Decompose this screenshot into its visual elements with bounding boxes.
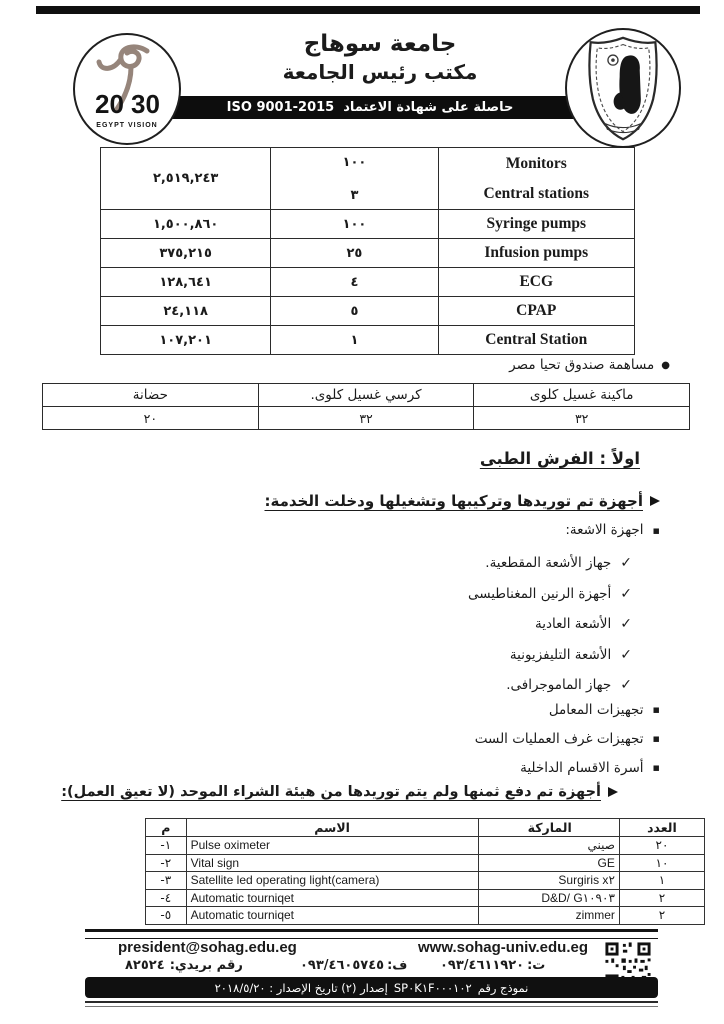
- cell-brand: D&D/ G١٠٩٠٣: [478, 889, 619, 907]
- vision-caption: EGYPT VISION: [96, 122, 157, 129]
- equipment-cost: ٢٤,١١٨: [101, 297, 271, 326]
- list-item: ▪ تجهيزات المعامل: [475, 695, 660, 724]
- cell-index: ٤-: [146, 889, 187, 907]
- paid-devices-heading: أجهزة تم دفع ثمنها ولم يتم توريدها من هي…: [61, 784, 618, 800]
- column-header: كرسي غسيل كلوى.: [258, 384, 474, 407]
- checkmark-icon: ✓: [620, 586, 632, 602]
- postal-value: ٨٢٥٢٤: [125, 958, 165, 973]
- cell-index: ٣-: [146, 872, 187, 890]
- equipment-cost: ١٠٧,٢٠١: [101, 326, 271, 355]
- fax-number: ف: ٠٩٣/٤٦٠٥٧٤٥: [300, 958, 407, 973]
- equipment-name: Central stations: [440, 185, 633, 203]
- equipment-name: Monitors: [440, 155, 633, 173]
- list-item: ▪ تجهيزات غرف العمليات الست: [475, 724, 660, 753]
- table-row: Monitors Central stations ١٠٠ ٣ ٢,٥١٩,٢٤…: [101, 148, 635, 210]
- column-header: م: [146, 819, 187, 837]
- form-number-bar: نموذج رقم SP٠K١F٠٠٠١٠٢ إصدار (٢) تاريخ ا…: [85, 977, 658, 998]
- egypt-vision-2030-logo: 20 30 EGYPT VISION: [73, 33, 181, 145]
- list-item-text: جهاز الأشعة المقطعية.: [485, 555, 611, 571]
- radiology-checklist: ✓ جهاز الأشعة المقطعية. ✓ أجهزة الرنين ا…: [468, 548, 632, 701]
- list-item: ✓ جهاز الأشعة المقطعية.: [468, 548, 632, 579]
- cell-brand: صيني: [478, 837, 619, 855]
- square-bullet-icon: ▪: [653, 704, 660, 715]
- equipment-cost: ٣٧٥,٢١٥: [101, 239, 271, 268]
- cell-value: ٣٢: [258, 407, 474, 430]
- column-header: ماكينة غسيل كلوى: [474, 384, 690, 407]
- cell-index: ١-: [146, 837, 187, 855]
- cell-name: Automatic tourniqet: [186, 889, 478, 907]
- column-header: العدد: [619, 819, 704, 837]
- cell-value: ٣٢: [474, 407, 690, 430]
- square-bullet-icon: ▪: [653, 525, 660, 536]
- president-email: president@sohag.edu.eg: [118, 939, 297, 956]
- telephone-number: ت: ٠٩٣/٤٦١١٩٢٠: [440, 958, 545, 973]
- iso-code: ISO 9001-2015: [227, 100, 335, 115]
- form-code: SP٠K١F٠٠٠١٠٢: [394, 981, 472, 995]
- table-row: ECG ٤ ١٢٨,٦٤١: [101, 268, 635, 297]
- equipment-qty: ١٠٠: [271, 210, 438, 239]
- header-top-rule: [36, 6, 700, 14]
- fax-label: ف:: [387, 958, 407, 973]
- equipment-cost-table: Monitors Central stations ١٠٠ ٣ ٢,٥١٩,٢٤…: [100, 147, 635, 355]
- egypt-vision-logo-icon: 20 30 EGYPT VISION: [75, 35, 179, 143]
- cell-count: ٢٠: [619, 837, 704, 855]
- column-header: الماركة: [478, 819, 619, 837]
- tahya-misr-bullet: ● مساهمة صندوق تحيا مصر: [509, 357, 670, 373]
- pending-devices-table: العدد الماركة الاسم م ٢٠ صيني Pulse oxim…: [145, 818, 705, 925]
- list-item-text: الأشعة التليفزيونية: [510, 647, 611, 663]
- checkmark-icon: ✓: [620, 677, 632, 693]
- table-header-row: العدد الماركة الاسم م: [146, 819, 705, 837]
- tahya-misr-label: مساهمة صندوق تحيا مصر: [509, 357, 654, 373]
- university-name: جامعة سوهاج: [230, 30, 530, 59]
- arrowhead-right-icon: [608, 787, 618, 797]
- table-row: ٢ D&D/ G١٠٩٠٣ Automatic tourniqet ٤-: [146, 889, 705, 907]
- equipment-cost: ١٢٨,٦٤١: [101, 268, 271, 297]
- table-row: ١٠ GE Vital sign ٢-: [146, 854, 705, 872]
- square-bullet-icon: ▪: [653, 762, 660, 773]
- tahya-misr-table: ماكينة غسيل كلوى كرسي غسيل كلوى. حضانة ٣…: [42, 383, 690, 430]
- iso-banner: حاصلة على شهادة الاعتماد ISO 9001-2015: [100, 96, 640, 119]
- cell-count: ١٠: [619, 854, 704, 872]
- checkmark-icon: ✓: [620, 647, 632, 663]
- cell-index: ٢-: [146, 854, 187, 872]
- cell-brand: GE: [478, 854, 619, 872]
- arrowhead-right-icon: [650, 496, 660, 506]
- list-item: ✓ الأشعة العادية: [468, 609, 632, 640]
- equipment-name: CPAP: [438, 297, 634, 326]
- list-item: ▪ أسرة الاقسام الداخلية: [475, 753, 660, 782]
- equipment-name: ECG: [438, 268, 634, 297]
- cell-count: ١: [619, 872, 704, 890]
- equipment-qty: ٥: [271, 297, 438, 326]
- table-row: Syringe pumps ١٠٠ ١,٥٠٠,٨٦٠: [101, 210, 635, 239]
- list-item: ✓ الأشعة التليفزيونية: [468, 640, 632, 671]
- equipment-name: Infusion pumps: [438, 239, 634, 268]
- office-name: مكتب رئيس الجامعة: [230, 59, 530, 85]
- form-prefix: نموذج رقم: [478, 981, 529, 995]
- tel-value: ٠٩٣/٤٦١١٩٢٠: [440, 958, 524, 973]
- university-emblem-icon: [567, 30, 679, 146]
- list-item-text: أجهزة الرنين المغناطيسى: [468, 586, 611, 602]
- heading-text: أجهزة تم توريدها وتركيبها وتشغيلها ودخلت…: [265, 492, 644, 510]
- postal-code: رقم بريدي: ٨٢٥٢٤: [125, 958, 243, 973]
- list-item-text: جهاز الماموجرافى.: [506, 677, 611, 693]
- table-row: ٢ zimmer Automatic tourniqet ٥-: [146, 907, 705, 925]
- table-row: ٢٠ صيني Pulse oximeter ١-: [146, 837, 705, 855]
- scanned-document-page: { "header": { "university_ar": "جامعة سو…: [0, 0, 724, 1024]
- equipment-qty: ٣: [272, 188, 436, 203]
- fax-value: ٠٩٣/٤٦٠٥٧٤٥: [300, 958, 384, 973]
- table-row: ١ Surgiris x٢ Satellite led operating li…: [146, 872, 705, 890]
- vision-year-left: 20: [95, 89, 124, 119]
- checkmark-icon: ✓: [620, 616, 632, 632]
- table-row: ماكينة غسيل كلوى كرسي غسيل كلوى. حضانة: [43, 384, 690, 407]
- iso-banner-text: حاصلة على شهادة الاعتماد: [343, 100, 513, 115]
- cell-name: Vital sign: [186, 854, 478, 872]
- cell-brand: Surgiris x٢: [478, 872, 619, 890]
- other-equipment-list: ▪ تجهيزات المعامل ▪ تجهيزات غرف العمليات…: [475, 695, 660, 782]
- list-item-text: تجهيزات المعامل: [549, 702, 644, 718]
- bullet-dot-icon: ●: [661, 360, 670, 371]
- square-bullet-icon: ▪: [653, 733, 660, 744]
- table-row: Infusion pumps ٢٥ ٣٧٥,٢١٥: [101, 239, 635, 268]
- cell-count: ٢: [619, 889, 704, 907]
- list-item-text: الأشعة العادية: [535, 616, 611, 632]
- university-emblem: [565, 28, 681, 148]
- cell-count: ٢: [619, 907, 704, 925]
- footer-bottom-rule: [85, 1001, 658, 1007]
- table-row: Central Station ١ ١٠٧,٢٠١: [101, 326, 635, 355]
- form-suffix: إصدار (٢) تاريخ الإصدار : ٢٠١٨/٥/٢٠: [215, 981, 388, 995]
- cell-index: ٥-: [146, 907, 187, 925]
- equipment-qty: ١: [271, 326, 438, 355]
- cell-name: Pulse oximeter: [186, 837, 478, 855]
- letterhead-title: جامعة سوهاج مكتب رئيس الجامعة: [230, 30, 530, 85]
- vision-year-right: 30: [131, 89, 160, 119]
- cell-brand: zimmer: [478, 907, 619, 925]
- equipment-qty: ٢٥: [271, 239, 438, 268]
- equipment-cost: ٢,٥١٩,٢٤٣: [101, 148, 271, 210]
- table-row: ٣٢ ٣٢ ٢٠: [43, 407, 690, 430]
- checkmark-icon: ✓: [620, 555, 632, 571]
- list-item-text: أسرة الاقسام الداخلية: [520, 760, 643, 776]
- equipment-name: Central Station: [438, 326, 634, 355]
- label-text: اجهزة الاشعة:: [565, 522, 643, 538]
- heading-text: أجهزة تم دفع ثمنها ولم يتم توريدها من هي…: [61, 784, 601, 800]
- cell-value: ٢٠: [43, 407, 259, 430]
- section-title: اولاً : الفرش الطبى: [480, 449, 640, 468]
- list-item-text: تجهيزات غرف العمليات الست: [475, 731, 644, 747]
- cell-name: Automatic tourniqet: [186, 907, 478, 925]
- equipment-name: Syringe pumps: [438, 210, 634, 239]
- footer-top-rule: [85, 929, 658, 939]
- equipment-qty: ٤: [271, 268, 438, 297]
- cell-name: Satellite led operating light(camera): [186, 872, 478, 890]
- radiology-devices-label: ▪ اجهزة الاشعة:: [565, 522, 660, 538]
- university-website: www.sohag-univ.edu.eg: [418, 939, 588, 956]
- table-row: CPAP ٥ ٢٤,١١٨: [101, 297, 635, 326]
- equipment-cost: ١,٥٠٠,٨٦٠: [101, 210, 271, 239]
- tel-label: ت:: [527, 958, 545, 973]
- supplied-devices-heading: أجهزة تم توريدها وتركيبها وتشغيلها ودخلت…: [265, 492, 661, 510]
- column-header: الاسم: [186, 819, 478, 837]
- equipment-qty: ١٠٠: [272, 155, 436, 170]
- postal-label: رقم بريدي:: [170, 958, 243, 973]
- list-item: ✓ أجهزة الرنين المغناطيسى: [468, 579, 632, 610]
- column-header: حضانة: [43, 384, 259, 407]
